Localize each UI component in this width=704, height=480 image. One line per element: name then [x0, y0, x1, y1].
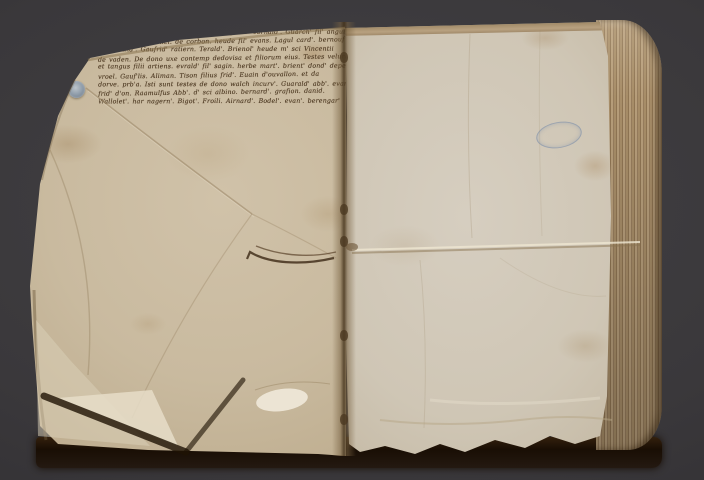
right-parchment-page [345, 16, 617, 462]
page-top-edges [345, 19, 617, 36]
spine-gutter [332, 22, 356, 456]
photo-canvas: Isti sunt testes de dono qd sup'. Ragnal… [0, 0, 704, 480]
left-parchment-page: Isti sunt testes de dono qd sup'. Ragnal… [28, 24, 348, 466]
stitch-knot [340, 414, 348, 425]
stitch-knot [340, 236, 348, 247]
handwritten-line: Wallolet'. har nagern'. Bigot'. Froili. … [98, 97, 350, 106]
stitch-knot [340, 52, 348, 63]
handwritten-text-block: Isti sunt testes de dono qd sup'. Ragnal… [98, 28, 351, 108]
stitch-knot [340, 204, 348, 215]
stitch-knot [340, 330, 348, 341]
ink-stamp-oval [534, 118, 584, 152]
round-seal-spot [68, 81, 85, 98]
